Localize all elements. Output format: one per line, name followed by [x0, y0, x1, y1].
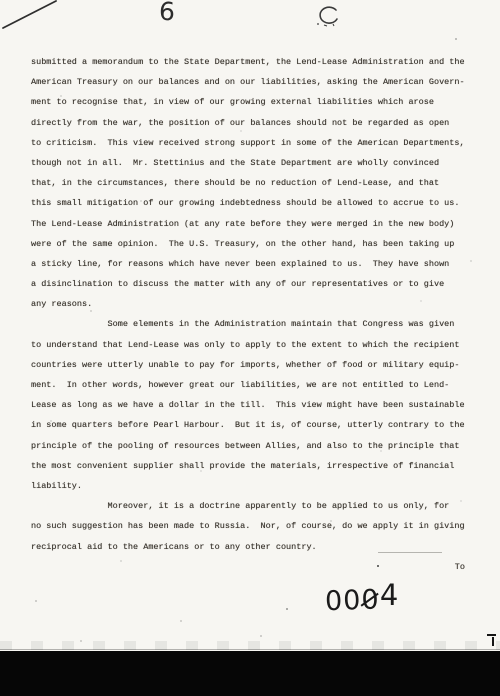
typed-line: the most convenient supplier shall provi…: [31, 456, 479, 476]
catchword: To: [31, 557, 479, 577]
handwritten-mark-six: 6: [158, 0, 175, 26]
typed-line: reciprocal aid to the Americans or to an…: [31, 537, 479, 557]
typed-line: ment. In other words, however great our …: [31, 375, 479, 395]
typed-line: to criticism. This view received strong …: [31, 133, 479, 153]
typed-line: directly from the war, the position of o…: [31, 113, 479, 133]
typed-line: in some quarters before Pearl Harbour. B…: [31, 415, 479, 435]
scanned-document-page: 6 submitted a memorandum to the State De…: [0, 0, 500, 696]
typed-text-block: submitted a memorandum to the State Depa…: [31, 52, 479, 577]
stamp-digit-slashed: 0: [361, 584, 380, 616]
typed-line: principle of the pooling of resources be…: [31, 436, 479, 456]
typed-line: to understand that Lend-Lease was only t…: [31, 335, 479, 355]
stamp-digit: 4: [379, 578, 398, 612]
typed-line: were of the same opinion. The U.S. Treas…: [31, 234, 479, 254]
pen-stroke-icon: [0, 0, 60, 32]
typed-line: Some elements in the Administration main…: [31, 314, 479, 334]
edge-ink-mark: [486, 632, 498, 650]
edge-ink-mark-stroke: [492, 637, 494, 646]
scan-speckles: [0, 0, 2, 2]
typed-line: submitted a memorandum to the State Depa…: [31, 52, 479, 72]
stamp-digit: 0: [325, 586, 344, 618]
scanner-black-bar: [0, 651, 500, 696]
typed-line: countries were utterly unable to pay for…: [31, 355, 479, 375]
typed-line: The Lend-Lease Administration (at any ra…: [31, 214, 479, 234]
typed-line: Moreover, it is a doctrine apparently to…: [31, 496, 479, 516]
circle-scribble-icon: [313, 3, 345, 31]
typed-line: any reasons.: [31, 294, 479, 314]
typed-line: though not in all. Mr. Stettinius and th…: [31, 153, 479, 173]
scan-hairline: [0, 649, 500, 650]
typed-line: no such suggestion has been made to Russ…: [31, 516, 479, 536]
handwritten-page-number: 0004: [324, 581, 399, 618]
typed-line: Lease as long as we have a dollar in the…: [31, 395, 479, 415]
typed-line: American Treasury on our balances and on…: [31, 72, 479, 92]
edge-ink-mark-stroke: [487, 634, 496, 636]
typed-line: a sticky line, for reasons which have ne…: [31, 254, 479, 274]
typed-line: ment to recognise that, in view of our g…: [31, 92, 479, 112]
typed-line: this small mitigation of our growing ind…: [31, 193, 479, 213]
typed-line: a disinclination to discuss the matter w…: [31, 274, 479, 294]
typed-line: liability.: [31, 476, 479, 496]
stamp-digit: 0: [343, 585, 362, 617]
typed-line: that, in the circumstances, there should…: [31, 173, 479, 193]
pencil-line: [378, 552, 442, 553]
